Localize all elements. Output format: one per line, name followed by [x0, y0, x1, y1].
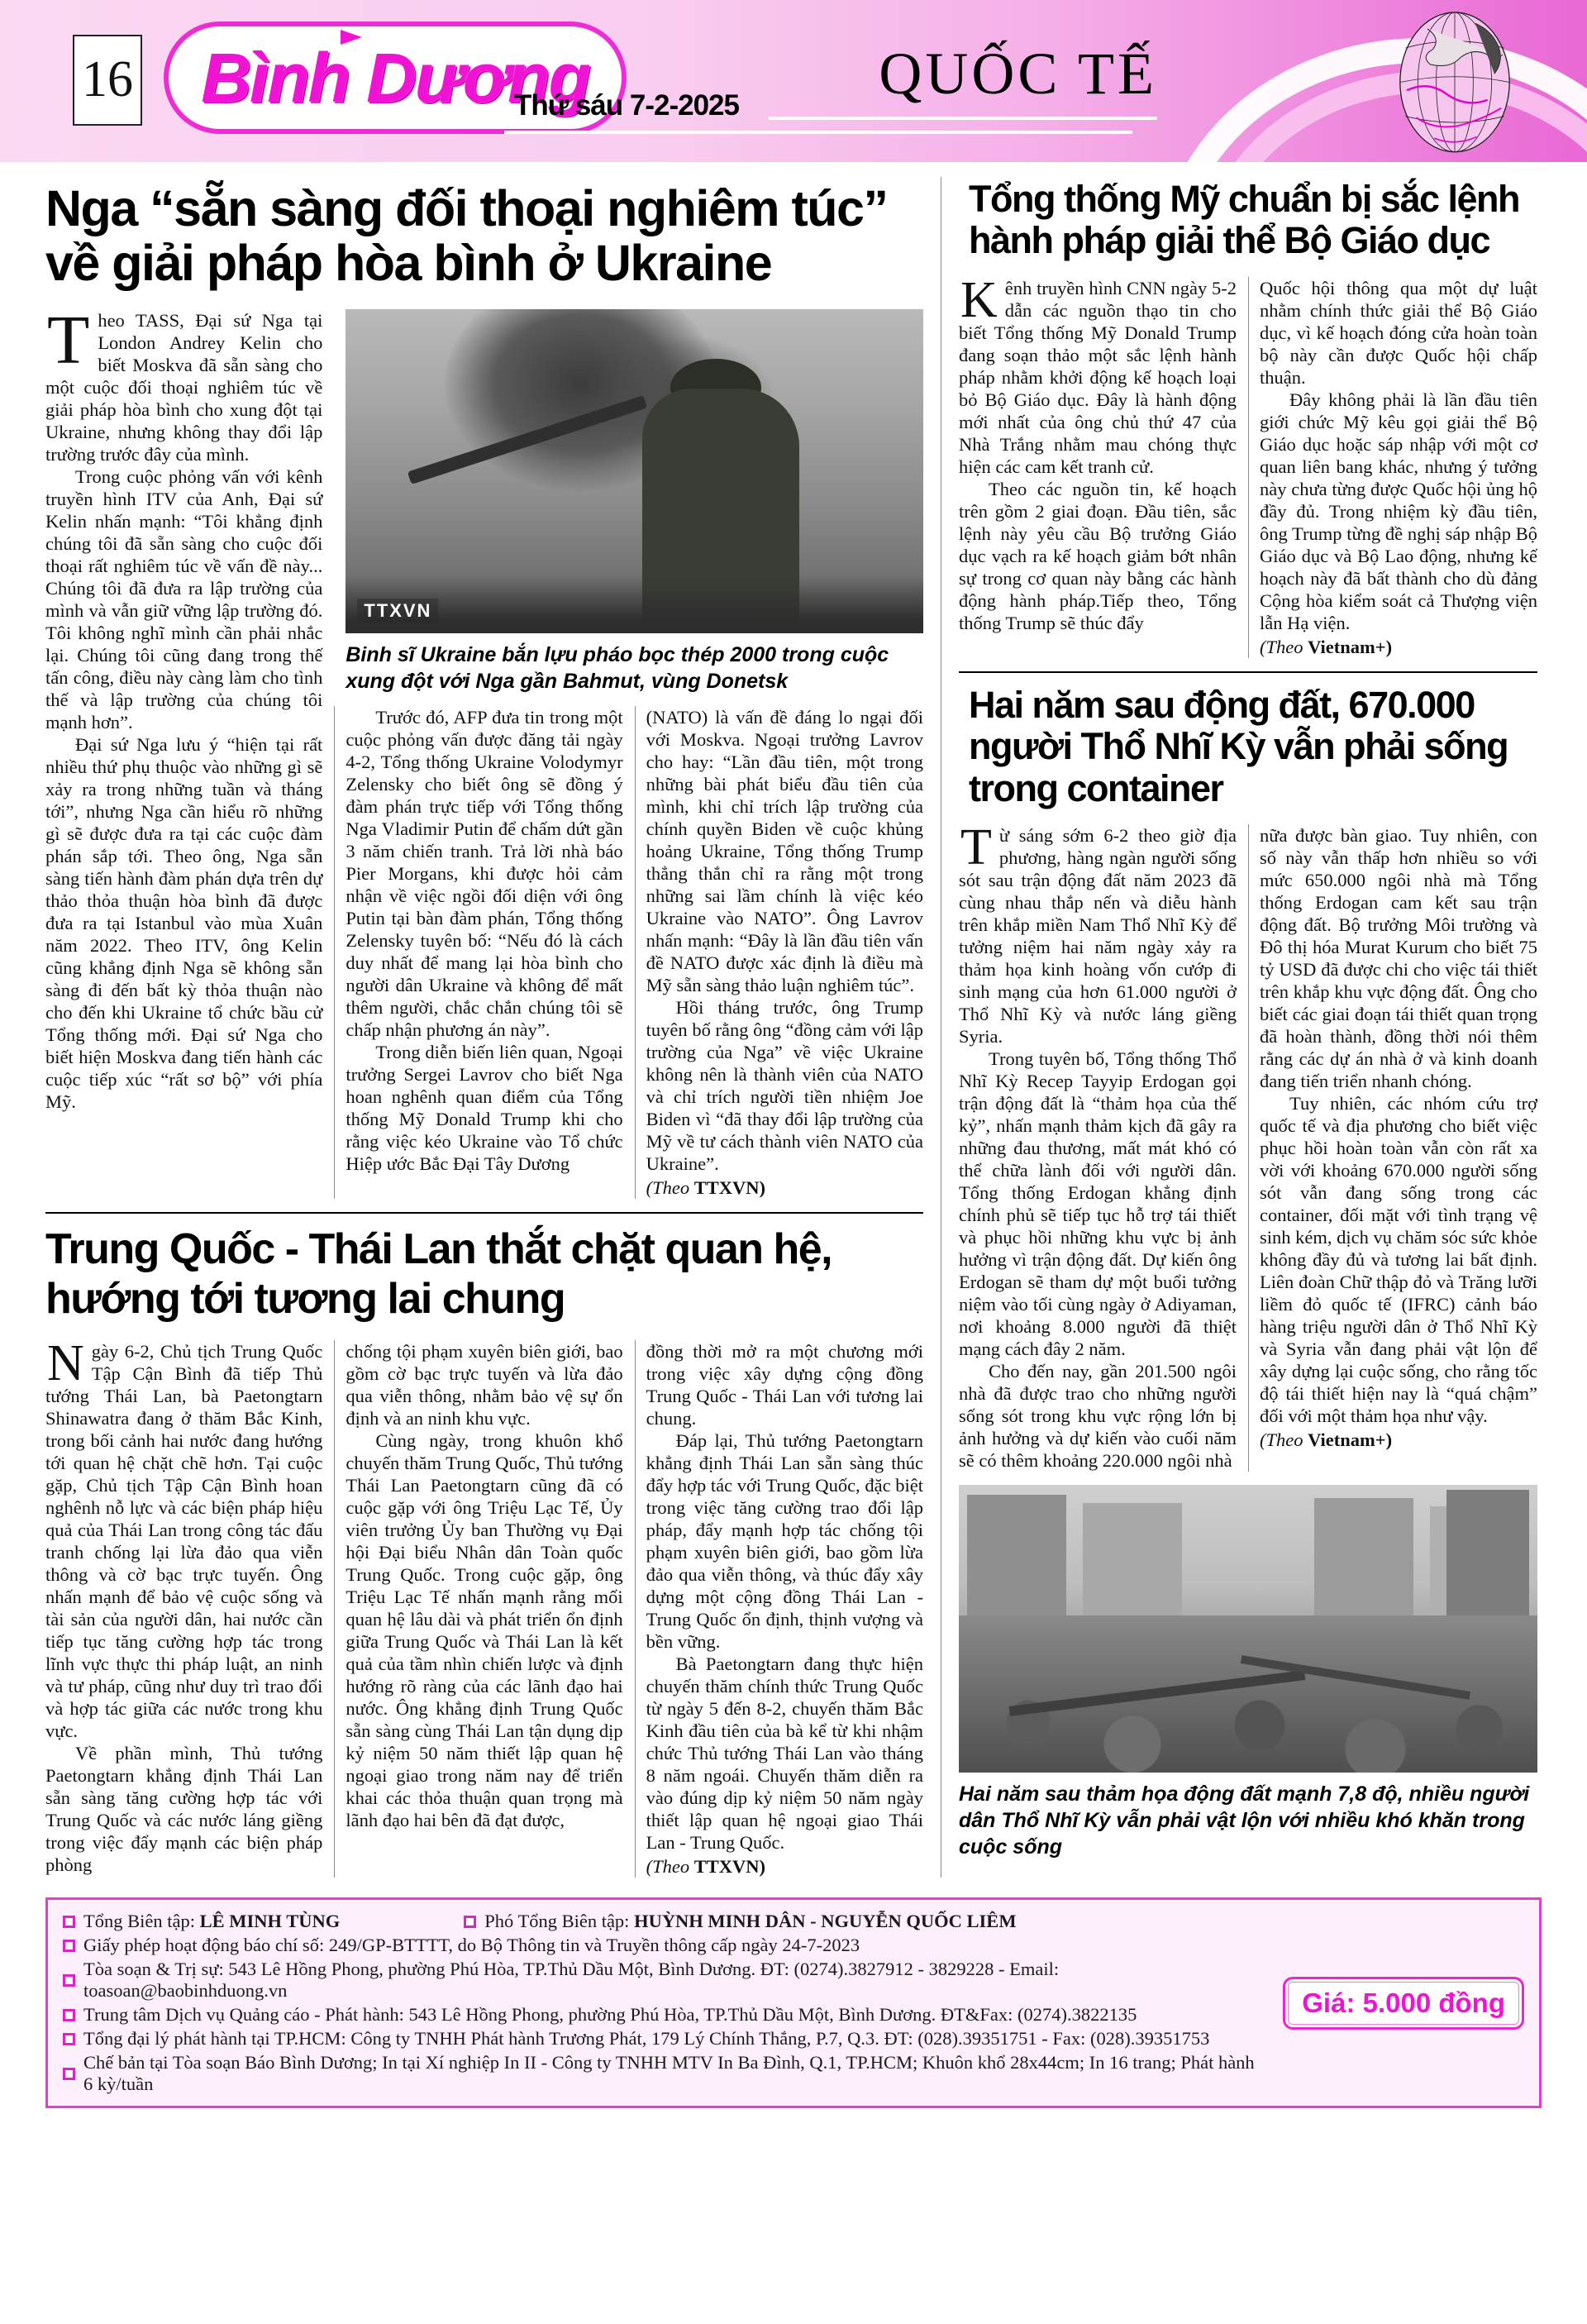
body-paragraph: Theo các nguồn tin, kế hoạch trên gồm 2 … [959, 478, 1237, 634]
body-paragraph: Cùng ngày, trong khuôn khổ chuyến thăm T… [346, 1429, 622, 1831]
checkbox-icon [63, 1940, 75, 1952]
signoff: (Theo TTXVN) [646, 1176, 923, 1199]
body-paragraph: (NATO) là vấn đề đáng lo ngại đối với Mo… [646, 706, 923, 996]
article-ukraine: Nga “sẵn sàng đối thoại nghiêm túc” về g… [45, 182, 923, 1199]
article-thailand: Trung Quốc - Thái Lan thắt chặt quan hệ,… [45, 1225, 923, 1878]
photo-watermark: TTXVN [357, 599, 438, 623]
signoff: (Theo Vietnam+) [1260, 636, 1537, 658]
body-paragraph: Tuy nhiên, các nhóm cứu trợ quốc tế và đ… [1260, 1092, 1537, 1427]
body-paragraph: Trong diễn biến liên quan, Ngoại trưởng … [346, 1041, 622, 1175]
article-photo-ukraine: TTXVN [346, 309, 923, 633]
article-photo-earthquake [959, 1485, 1537, 1773]
body-paragraph: Ngày 6-2, Chủ tịch Trung Quốc Tập Cận Bì… [45, 1340, 322, 1742]
article-column: Trước đó, AFP đưa tin trong một cuộc phỏ… [334, 706, 622, 1199]
footer-line: Giấy phép hoạt động báo chí số: 249/GP-B… [63, 1935, 1263, 1956]
article-media: TTXVN Binh sĩ Ukraine bắn lựu pháo bọc t… [346, 309, 923, 694]
article-column: Từ sáng sớm 6-2 theo giờ địa phương, hàn… [959, 824, 1237, 1472]
body-paragraph: Trong tuyên bố, Tổng thống Thổ Nhĩ Kỳ Re… [959, 1047, 1237, 1360]
checkbox-icon [63, 1974, 75, 1987]
issue-date: Thứ sáu 7-2-2025 [514, 89, 739, 122]
article-column: (NATO) là vấn đề đáng lo ngại đối với Mo… [635, 706, 923, 1199]
page-body: Nga “sẵn sàng đối thoại nghiêm túc” về g… [0, 162, 1587, 1886]
globe-icon [1372, 8, 1537, 159]
footer-line: Tòa soạn & Trị sự: 543 Lê Hồng Phong, ph… [63, 1959, 1263, 2002]
body-paragraph: Trong cuộc phỏng vấn với kênh truyền hìn… [45, 465, 322, 733]
article-column: nữa được bàn giao. Tuy nhiên, con số này… [1248, 824, 1537, 1472]
section-underline [769, 117, 1157, 120]
body-paragraph: Từ sáng sớm 6-2 theo giờ địa phương, hàn… [959, 824, 1237, 1047]
body-paragraph: đồng thời mở ra một chương mới trong việ… [646, 1340, 923, 1429]
body-paragraph: Bà Paetongtarn đang thực hiện chuyến thă… [646, 1653, 923, 1854]
footer-line: Trung tâm Dịch vụ Quảng cáo - Phát hành:… [63, 2004, 1263, 2026]
photo-caption: Binh sĩ Ukraine bắn lựu pháo bọc thép 20… [346, 642, 923, 694]
article-column: Ngày 6-2, Chủ tịch Trung Quốc Tập Cận Bì… [45, 1340, 322, 1878]
left-region: Nga “sẵn sàng đối thoại nghiêm túc” về g… [45, 177, 923, 1878]
body-paragraph: Cho đến nay, gần 201.500 ngôi nhà đã đượ… [959, 1360, 1237, 1472]
article-column: Quốc hội thông qua một dự luật nhằm chín… [1248, 277, 1537, 658]
brand-flag-icon [341, 30, 362, 45]
article-headline: Hai năm sau động đất, 670.000 người Thổ … [969, 685, 1537, 809]
footer-line: Tổng Biên tập: LÊ MINH TÙNG Phó Tổng Biê… [63, 1911, 1263, 1932]
right-region: Tổng thống Mỹ chuẩn bị sắc lệnh hành phá… [941, 177, 1537, 1878]
header-divider [504, 131, 1132, 134]
body-paragraph: Đáp lại, Thủ tướng Paetongtarn khẳng địn… [646, 1429, 923, 1653]
page-header: 16 Bình Dương Thứ sáu 7-2-2025 QUỐC TẾ [0, 0, 1587, 162]
price-badge: Giá: 5.000 đồng [1283, 1977, 1524, 2030]
signoff: (Theo TTXVN) [646, 1855, 923, 1878]
checkbox-icon [63, 1916, 75, 1928]
building-shape [967, 1495, 1066, 1619]
footer-line: Tổng đại lý phát hành tại TP.HCM: Công t… [63, 2028, 1263, 2050]
body-paragraph: Trước đó, AFP đưa tin trong một cuộc phỏ… [346, 706, 622, 1041]
article-column: đồng thời mở ra một chương mới trong việ… [635, 1340, 923, 1878]
photo-caption: Hai năm sau thảm họa động đất mạnh 7,8 đ… [959, 1781, 1537, 1860]
article-divider [45, 1212, 923, 1214]
article-column: Kênh truyền hình CNN ngày 5-2 dẫn các ng… [959, 277, 1237, 658]
newspaper-page: { "page": { "number": "16", "brand": "Bì… [0, 0, 1587, 2324]
checkbox-icon [63, 2009, 75, 2021]
body-paragraph: Kênh truyền hình CNN ngày 5-2 dẫn các ng… [959, 277, 1237, 478]
building-shape [1446, 1490, 1529, 1630]
checkbox-icon [464, 1916, 476, 1928]
checkbox-icon [63, 2068, 75, 2080]
article-education: Tổng thống Mỹ chuẩn bị sắc lệnh hành phá… [959, 179, 1537, 658]
article-headline: Trung Quốc - Thái Lan thắt chặt quan hệ,… [45, 1225, 923, 1324]
section-title: QUỐC TẾ [769, 40, 1157, 108]
page-number: 16 [73, 35, 142, 126]
body-paragraph: Về phần mình, Thủ tướng Paetongtarn khẳn… [45, 1742, 322, 1876]
footer-line: Chế bản tại Tòa soạn Báo Bình Dương; In … [63, 2052, 1263, 2095]
body-paragraph: Theo TASS, Đại sứ Nga tại London Andrey … [45, 309, 322, 465]
article-earthquake: Hai năm sau động đất, 670.000 người Thổ … [959, 685, 1537, 1860]
body-paragraph: Đây không phải là lần đầu tiên giới chức… [1260, 389, 1537, 634]
body-paragraph: Đại sứ Nga lưu ý “hiện tại rất nhiều thứ… [45, 733, 322, 1113]
article-headline: Nga “sẵn sàng đối thoại nghiêm túc” về g… [45, 182, 923, 291]
article-headline: Tổng thống Mỹ chuẩn bị sắc lệnh hành phá… [969, 179, 1537, 262]
article-column: chống tội phạm xuyên biên giới, bao gồm … [334, 1340, 622, 1878]
body-paragraph: nữa được bàn giao. Tuy nhiên, con số này… [1260, 824, 1537, 1092]
footer-lines: Tổng Biên tập: LÊ MINH TÙNG Phó Tổng Biê… [63, 1908, 1263, 2097]
body-paragraph: chống tội phạm xuyên biên giới, bao gồm … [346, 1340, 622, 1429]
page-footer: Tổng Biên tập: LÊ MINH TÙNG Phó Tổng Biê… [45, 1897, 1542, 2108]
signoff: (Theo Vietnam+) [1260, 1429, 1537, 1451]
checkbox-icon [63, 2033, 75, 2045]
body-paragraph: Quốc hội thông qua một dự luật nhằm chín… [1260, 277, 1537, 389]
article-divider [959, 671, 1537, 673]
body-paragraph: Hồi tháng trước, ông Trump tuyên bố rằng… [646, 996, 923, 1175]
article-column: Theo TASS, Đại sứ Nga tại London Andrey … [45, 309, 322, 1199]
